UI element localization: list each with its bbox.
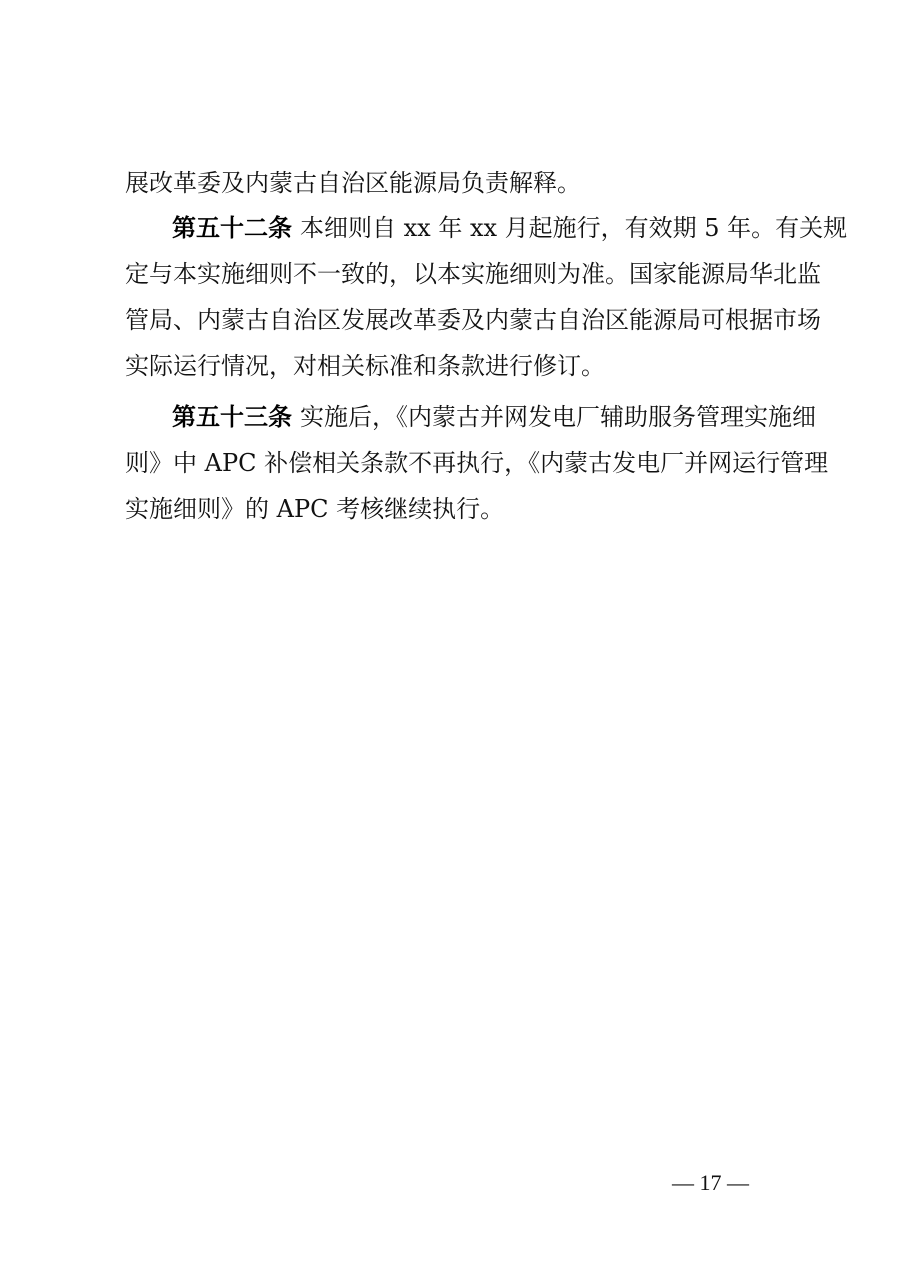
text-line: 展改革委及内蒙古自治区能源局负责解释。: [125, 169, 581, 197]
article-53-label: 第五十三条: [172, 403, 292, 431]
text-line: 定与本实施细则不一致的，以本实施细则为准。国家能源局华北监: [125, 260, 821, 288]
article-52-line-2: 定与本实施细则不一致的，以本实施细则为准。国家能源局华北监: [125, 259, 775, 289]
text-line: 本细则自 xx 年 xx 月起施行，有效期 5 年。有关规: [300, 214, 847, 242]
document-page: 展改革委及内蒙古自治区能源局负责解释。 第五十二条本细则自 xx 年 xx 月起…: [0, 0, 900, 1272]
text-line: 则》中 APC 补偿相关条款不再执行，《内蒙古发电厂并网运行管理: [125, 449, 828, 477]
article-53-line-1: 第五十三条实施后，《内蒙古并网发电厂辅助服务管理实施细: [172, 402, 775, 432]
text-line: 管局、内蒙古自治区发展改革委及内蒙古自治区能源局可根据市场: [125, 306, 821, 334]
article-53-line-3: 实施细则》的 APC 考核继续执行。: [125, 494, 775, 524]
article-52-label: 第五十二条: [172, 214, 292, 242]
article-53-line-2: 则》中 APC 补偿相关条款不再执行，《内蒙古发电厂并网运行管理: [125, 448, 775, 478]
text-line: 实际运行情况，对相关标准和条款进行修订。: [125, 352, 605, 380]
text-line: 实施细则》的 APC 考核继续执行。: [125, 495, 504, 523]
text-line: 实施后，《内蒙古并网发电厂辅助服务管理实施细: [300, 403, 816, 431]
article-52-line-4: 实际运行情况，对相关标准和条款进行修订。: [125, 351, 775, 381]
page-number: — 17 —: [672, 1168, 749, 1198]
article-52-line-3: 管局、内蒙古自治区发展改革委及内蒙古自治区能源局可根据市场: [125, 305, 775, 335]
paragraph-continuation-line-1: 展改革委及内蒙古自治区能源局负责解释。: [125, 168, 775, 198]
article-52-line-1: 第五十二条本细则自 xx 年 xx 月起施行，有效期 5 年。有关规: [172, 213, 775, 243]
